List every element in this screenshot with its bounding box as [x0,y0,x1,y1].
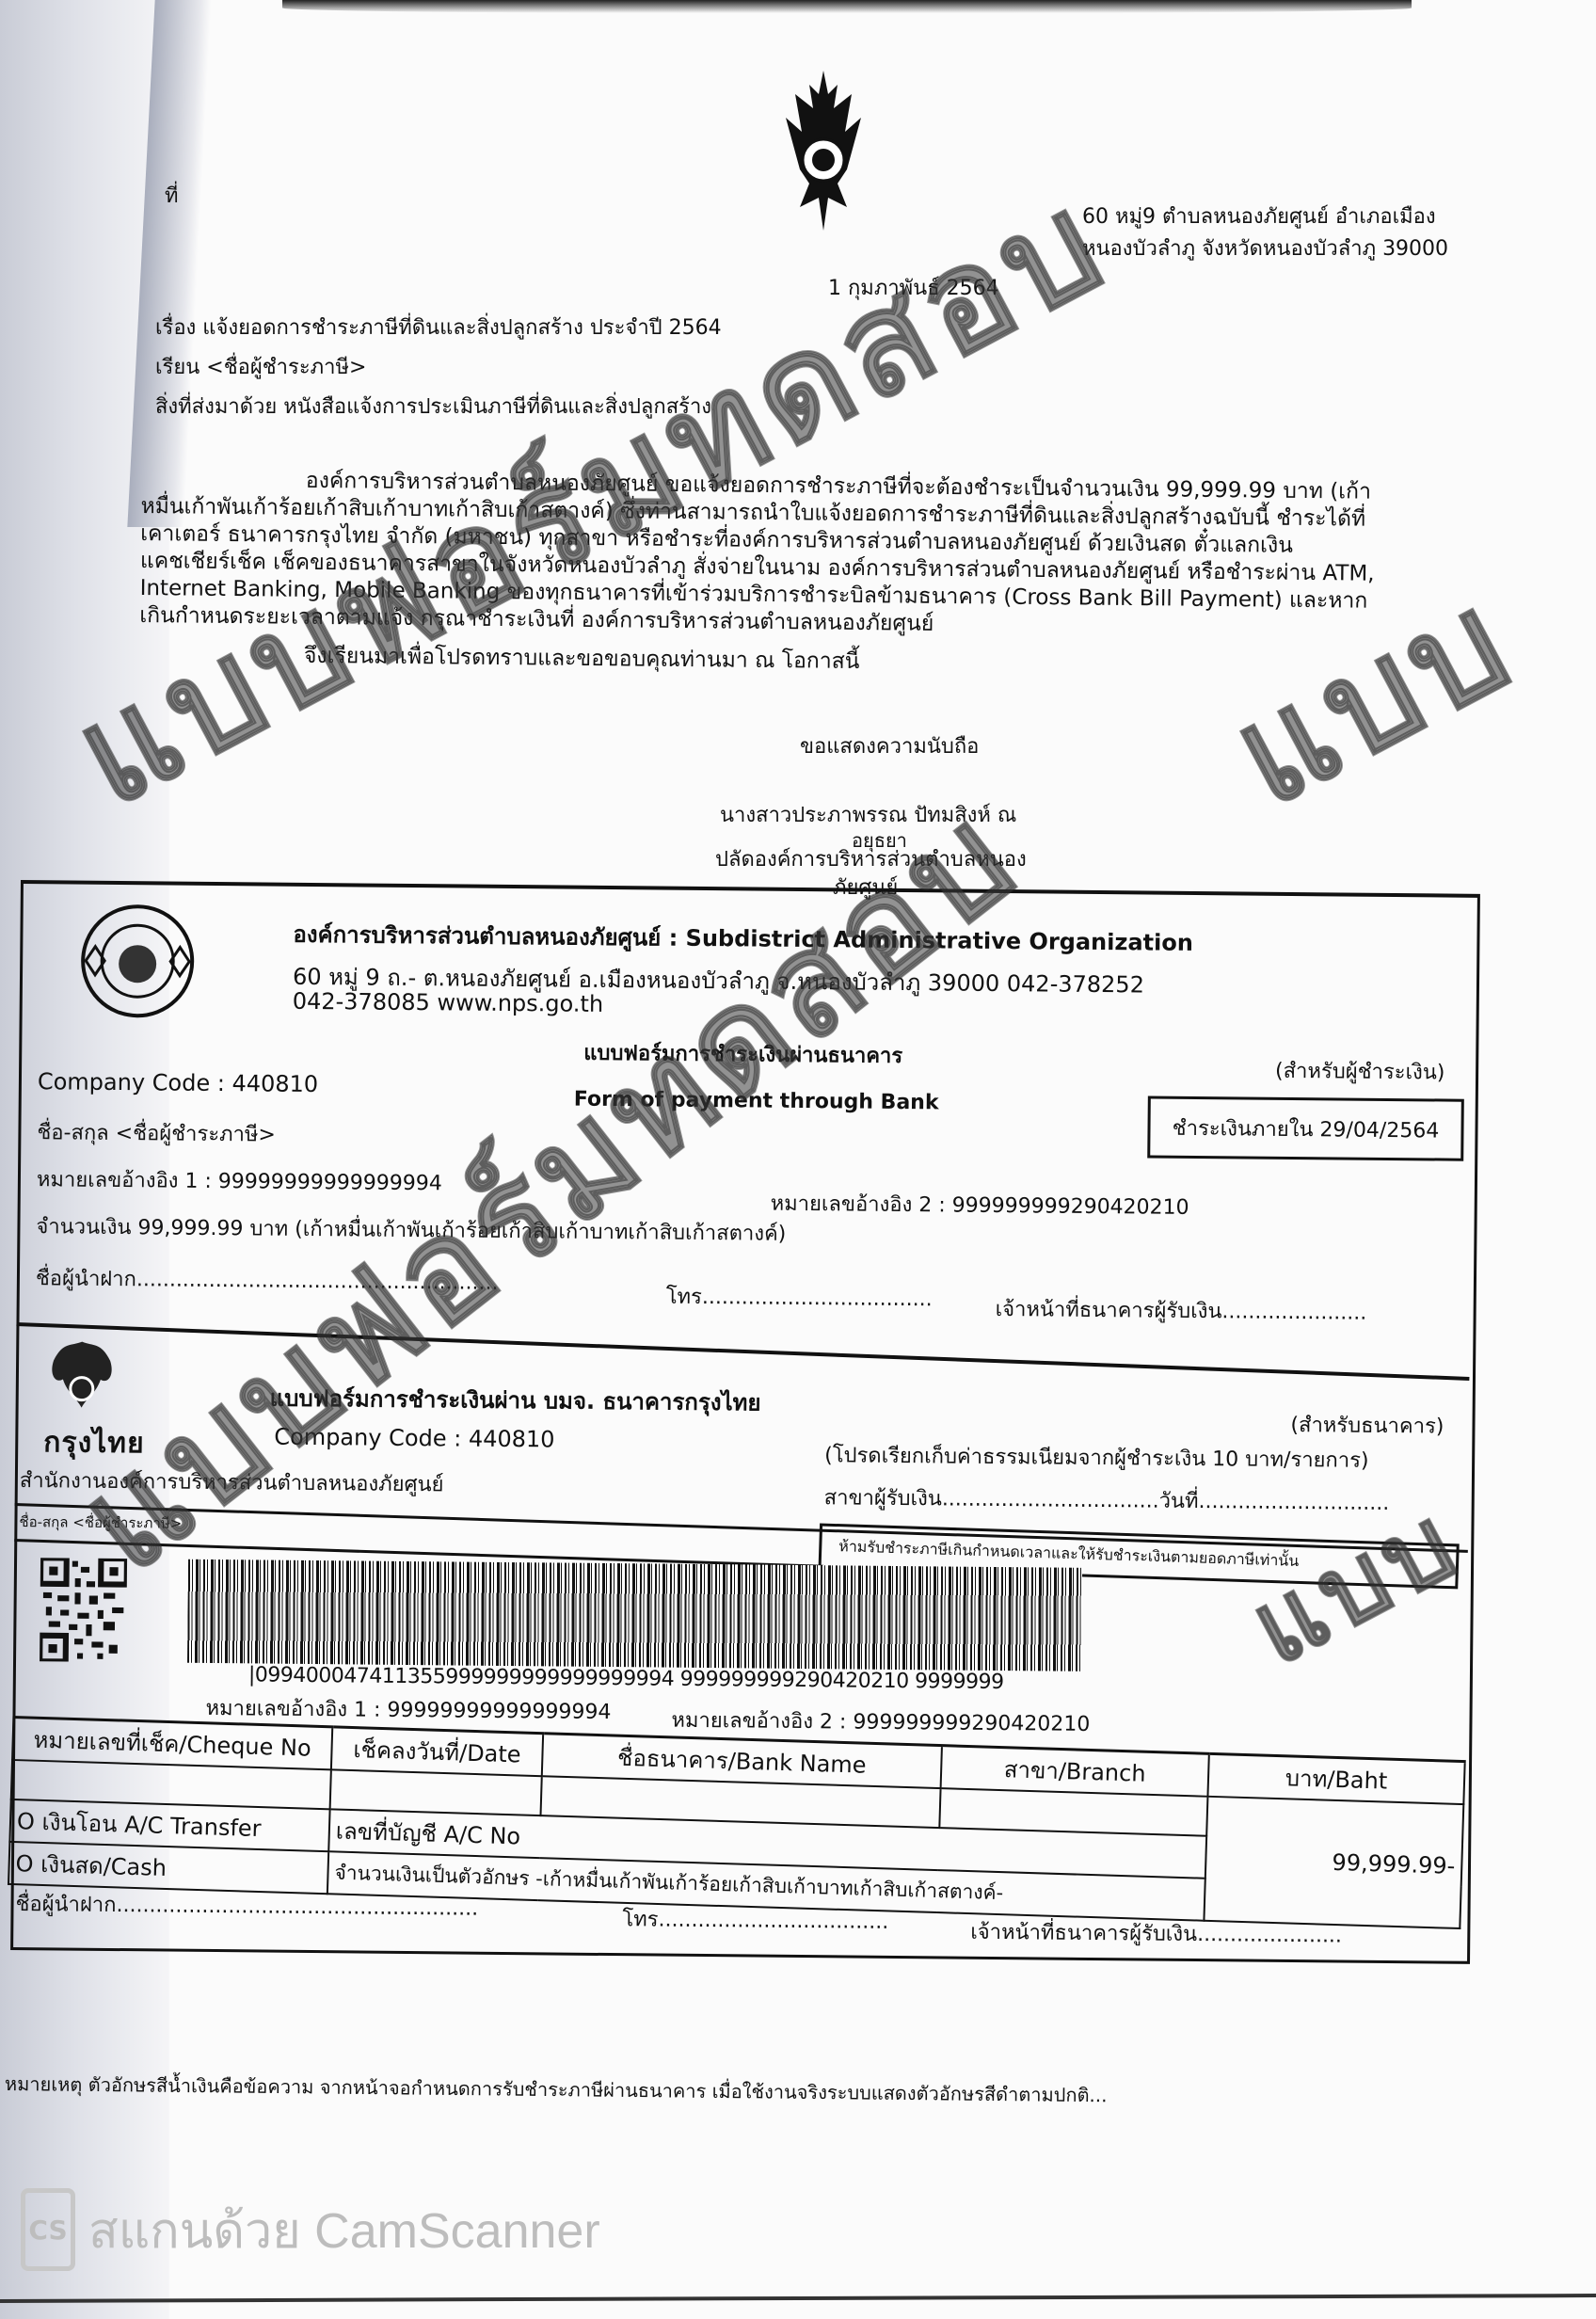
payer-bank-officer-field[interactable]: เจ้าหน้าที่ธนาคารผู้รับเงิน.............… [996,1292,1367,1329]
payer-name: ชื่อ-สกุล <ชื่อผู้ชำระภาษี> [37,1115,276,1150]
sender-address-line1: 60 หมู่9 ตำบลหนองภัยศูนย์ อำเภอเมือง [1082,200,1436,232]
cash-option[interactable]: O เงินสด/Cash [8,1842,328,1894]
payer-ref2: หมายเลขอ้างอิง 2 : 999999999290420210 [771,1187,1189,1223]
bank-branch-date-field[interactable]: สาขาผู้รับเงิน..........................… [824,1480,1390,1519]
page-bottom-edge [0,2294,1596,2303]
bank-ref1: หมายเลขอ้างอิง 1 : 99999999999999994 [205,1691,611,1728]
bank-depositor-field[interactable]: ชื่อผู้นำฝาก............................… [15,1887,478,1925]
sender-address-line2: หนองบัวลำภู จังหวัดหนองบัวลำภู 39000 [1082,232,1448,264]
camscanner-watermark: CS สแกนด้วย CamScanner [21,2188,600,2271]
letter-subject: เรื่อง แจ้งยอดการชำระภาษีที่ดินและสิ่งปล… [155,311,722,344]
payer-company-code: Company Code : 440810 [38,1068,318,1097]
barcode[interactable] [187,1559,1082,1671]
col-baht: บาท/Baht [1207,1753,1464,1804]
col-date: เช็คลงวันที่/Date [331,1727,543,1776]
camscanner-label: สแกนด้วย CamScanner [88,2191,600,2269]
bank-phone-field[interactable]: โทร................................... [622,1902,888,1938]
garuda-emblem-icon [772,66,875,235]
camscanner-icon: CS [21,2188,75,2271]
regards: ขอแสดงความนับถือ [800,729,979,762]
ref-label: ที่ [165,179,179,212]
top-shadow [282,0,1412,13]
bank-fee-note: (โปรดเรียกเก็บค่าธรรมเนียมจากผู้ชำระเงิน… [824,1438,1369,1477]
footnote: หมายเหตุ ตัวอักษรสีน้ำเงินคือข้อความ จาก… [5,2069,1108,2110]
payer-for-whom: (สำหรับผู้ชำระเงิน) [1275,1054,1445,1089]
due-date: ชำระเงินภายใน 29/04/2564 [1173,1111,1440,1146]
due-date-box: ชำระเงินภายใน 29/04/2564 [1147,1096,1464,1161]
payer-phone-field[interactable]: โทร................................... [666,1280,933,1316]
sao-seal-icon [76,900,199,1023]
qr-code-icon[interactable] [40,1558,127,1662]
amount-baht: 99,999.99- [1204,1797,1463,1928]
date-cell[interactable] [330,1769,542,1815]
bank-for-whom: (สำหรับธนาคาร) [1290,1408,1444,1443]
bank-officer-field[interactable]: เจ้าหน้าที่ธนาคารผู้รับเงิน.............… [970,1915,1342,1952]
bank-ref2: หมายเลขอ้างอิง 2 : 999999999290420210 [671,1703,1090,1740]
org-contact: 042-378085 www.nps.go.th [293,988,604,1017]
letter-recipient: เรียน <ชื่อผู้ชำระภาษี> [155,350,366,383]
